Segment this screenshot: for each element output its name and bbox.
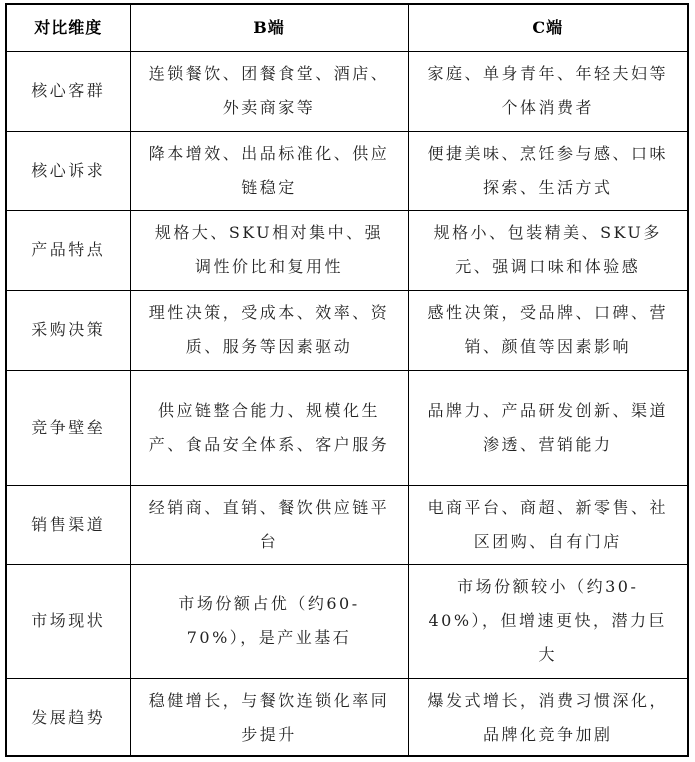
table-row: 发展趋势 稳健增长，与餐饮连锁化率同步提升 爆发式增长，消费习惯深化，品牌化竞争…: [7, 678, 687, 757]
row-b-value: 降本增效、出品标准化、供应链稳定: [130, 131, 408, 210]
row-b-value: 经销商、直销、餐饮供应链平台: [130, 485, 408, 564]
row-b-value: 规格大、SKU相对集中、强调性价比和复用性: [130, 210, 408, 290]
row-b-value: 连锁餐饮、团餐食堂、酒店、外卖商家等: [130, 51, 408, 131]
row-b-value: 供应链整合能力、规模化生产、食品安全体系、客户服务: [130, 370, 408, 485]
row-c-value: 家庭、单身青年、年轻夫妇等个体消费者: [408, 51, 687, 131]
row-b-value: 理性决策，受成本、效率、资质、服务等因素驱动: [130, 290, 408, 370]
b-vs-c-comparison-table: 对比维度 B端 C端 核心客群 连锁餐饮、团餐食堂、酒店、外卖商家等 家庭、单身…: [7, 5, 687, 757]
table-row: 产品特点 规格大、SKU相对集中、强调性价比和复用性 规格小、包装精美、SKU多…: [7, 210, 687, 290]
row-c-value: 电商平台、商超、新零售、社区团购、自有门店: [408, 485, 687, 564]
row-c-value: 市场份额较小（约30-40%），但增速更快，潜力巨大: [408, 564, 687, 678]
table-row: 核心客群 连锁餐饮、团餐食堂、酒店、外卖商家等 家庭、单身青年、年轻夫妇等个体消…: [7, 51, 687, 131]
row-dimension: 采购决策: [7, 290, 130, 370]
row-dimension: 竞争壁垒: [7, 370, 130, 485]
row-dimension: 发展趋势: [7, 678, 130, 757]
row-dimension: 产品特点: [7, 210, 130, 290]
table-row: 销售渠道 经销商、直销、餐饮供应链平台 电商平台、商超、新零售、社区团购、自有门…: [7, 485, 687, 564]
header-b-side: B端: [130, 5, 408, 51]
header-dimension: 对比维度: [7, 5, 130, 51]
row-c-value: 品牌力、产品研发创新、渠道渗透、营销能力: [408, 370, 687, 485]
table-row: 市场现状 市场份额占优（约60-70%），是产业基石 市场份额较小（约30-40…: [7, 564, 687, 678]
row-c-value: 便捷美味、烹饪参与感、口味探索、生活方式: [408, 131, 687, 210]
row-dimension: 核心客群: [7, 51, 130, 131]
row-c-value: 规格小、包装精美、SKU多元、强调口味和体验感: [408, 210, 687, 290]
comparison-table-container: 对比维度 B端 C端 核心客群 连锁餐饮、团餐食堂、酒店、外卖商家等 家庭、单身…: [5, 3, 689, 757]
header-c-side: C端: [408, 5, 687, 51]
table-header-row: 对比维度 B端 C端: [7, 5, 687, 51]
row-b-value: 稳健增长，与餐饮连锁化率同步提升: [130, 678, 408, 757]
row-c-value: 感性决策，受品牌、口碑、营销、颜值等因素影响: [408, 290, 687, 370]
row-dimension: 核心诉求: [7, 131, 130, 210]
row-dimension: 市场现状: [7, 564, 130, 678]
table-row: 采购决策 理性决策，受成本、效率、资质、服务等因素驱动 感性决策，受品牌、口碑、…: [7, 290, 687, 370]
table-row: 核心诉求 降本增效、出品标准化、供应链稳定 便捷美味、烹饪参与感、口味探索、生活…: [7, 131, 687, 210]
table-row: 竞争壁垒 供应链整合能力、规模化生产、食品安全体系、客户服务 品牌力、产品研发创…: [7, 370, 687, 485]
row-c-value: 爆发式增长，消费习惯深化，品牌化竞争加剧: [408, 678, 687, 757]
row-b-value: 市场份额占优（约60-70%），是产业基石: [130, 564, 408, 678]
row-dimension: 销售渠道: [7, 485, 130, 564]
